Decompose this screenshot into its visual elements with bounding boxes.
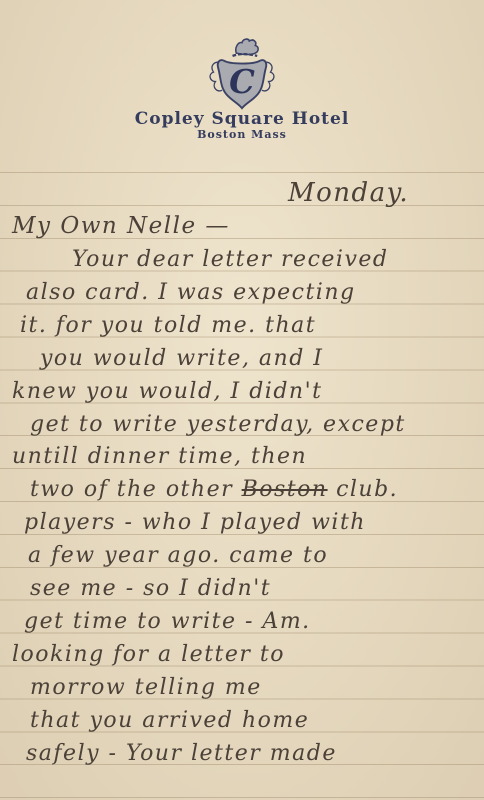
struck-word: Boston	[242, 477, 328, 502]
hotel-location: Boston Mass	[0, 128, 484, 141]
letter-photo: { "page": { "paper_color": "#e9dcc1", "r…	[0, 0, 484, 800]
handwritten-line: see me - so I didn't	[30, 572, 271, 605]
salutation: My Own Nelle —	[12, 210, 230, 243]
stationery-page: C Copley Square Hotel Boston Mass Monday…	[0, 0, 484, 800]
handwritten-line: safely - Your letter made	[26, 737, 337, 770]
handwritten-line: knew you would, I didn't	[12, 375, 322, 408]
handwritten-line: untill dinner time, then	[12, 440, 307, 473]
crest-monogram: C	[229, 63, 255, 101]
handwritten-line: it. for you told me. that	[20, 309, 316, 342]
hotel-crest-icon: C	[194, 36, 290, 112]
handwritten-line: morrow telling me	[30, 671, 262, 704]
hotel-name: Copley Square Hotel	[0, 109, 484, 129]
handwritten-line: looking for a letter to	[12, 638, 285, 671]
handwritten-line: two of the other Boston club.	[30, 473, 398, 506]
handwritten-line: Your dear letter received	[72, 243, 388, 276]
handwritten-line: also card. I was expecting	[26, 276, 356, 309]
handwritten-line: players - who I played with	[24, 506, 366, 539]
handwritten-line: get time to write - Am.	[24, 605, 311, 638]
handwritten-line: a few year ago. came to	[28, 539, 328, 572]
date-line: Monday.	[288, 177, 409, 210]
handwritten-line: that you arrived home	[30, 704, 309, 737]
handwritten-line: get to write yesterday, except	[30, 408, 406, 441]
handwritten-line: you would write, and I	[40, 342, 323, 375]
